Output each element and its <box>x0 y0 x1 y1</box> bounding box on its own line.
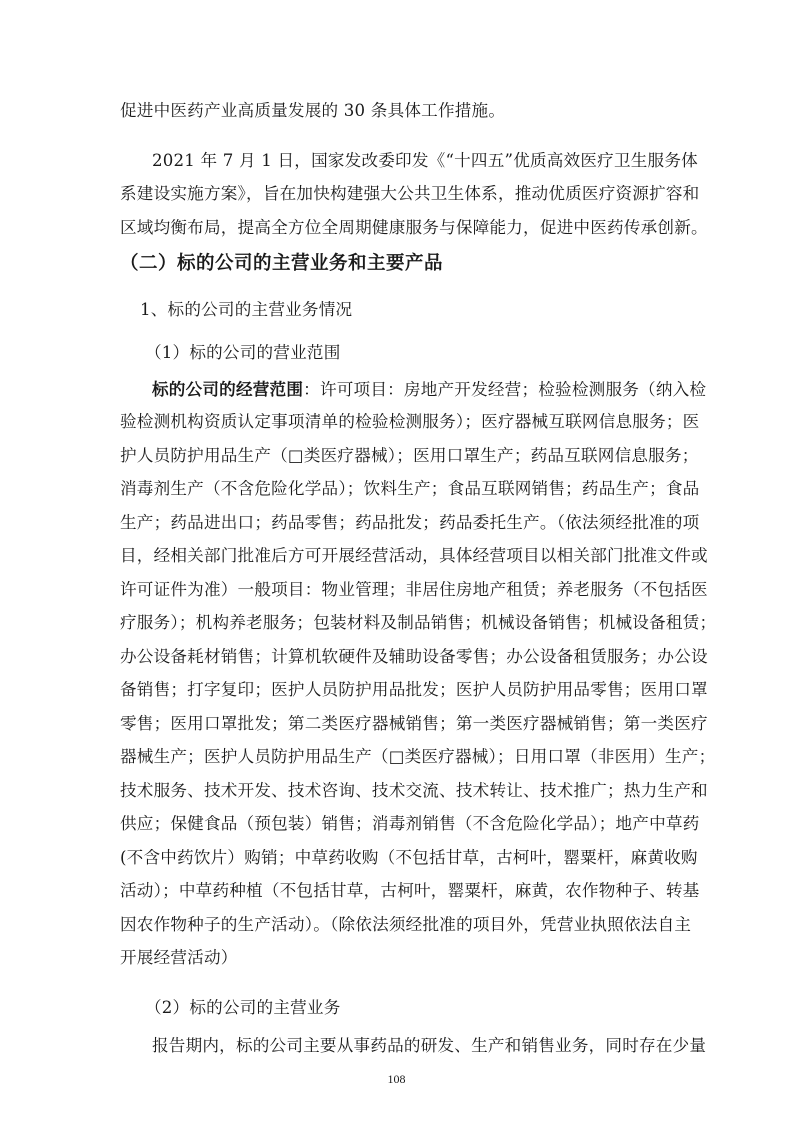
paragraph-line: 报告期内，标的公司主要从事药品的研发、生产和销售业务，同时存在少量 <box>152 1036 676 1056</box>
document-page: 促进中医药产业高质量发展的 30 条具体工作措施。 2021 年 7 月 1 日… <box>0 0 793 1122</box>
paragraph-line: 办公设备耗材销售；计算机软硬件及辅助设备零售；办公设备租赁服务；办公设 <box>120 647 676 667</box>
paragraph-line: 零售；医用口罩批发；第二类医疗器械销售；第一类医疗器械销售；第一类医疗 <box>120 714 676 734</box>
paragraph-line: 备销售；打字复印；医护人员防护用品批发；医护人员防护用品零售；医用口罩 <box>120 680 676 700</box>
section-heading: （二）标的公司的主营业务和主要产品 <box>120 254 443 274</box>
paragraph-line: 疗服务）；机构养老服务；包装材料及制品销售；机械设备销售；机械设备租赁； <box>120 613 676 633</box>
paragraph-line: 区域均衡布局，提高全方位全周期健康服务与保障能力，促进中医药传承创新。 <box>120 218 676 238</box>
subsubsection-heading: （1）标的公司的营业范围 <box>145 343 341 363</box>
subsubsection-heading: （2）标的公司的主营业务 <box>145 998 341 1018</box>
scope-lead: 标的公司的经营范围 <box>152 379 303 399</box>
subsection-heading: 1、标的公司的主营业务情况 <box>140 300 352 320</box>
paragraph-line: 系建设实施方案》，旨在加快构建强大公共卫生体系，推动优质医疗资源扩容和 <box>120 184 676 204</box>
paragraph-line: (不含中药饮片）购销；中草药收购（不包括甘草，古柯叶，罂粟杆，麻黄收购 <box>120 848 676 868</box>
paragraph-line: 生产；药品进出口；药品零售；药品批发；药品委托生产。（依法须经批准的项 <box>120 513 676 533</box>
paragraph-line: 标的公司的经营范围：许可项目：房地产开发经营；检验检测服务（纳入检 <box>152 379 676 400</box>
page-number: 108 <box>0 1072 793 1087</box>
paragraph-line: 因农作物种子的生产活动）。（除依法须经批准的项目外，凭营业执照依法自主 <box>120 915 676 935</box>
paragraph-line: 许可证件为准）一般项目：物业管理；非居住房地产租赁；养老服务（不包括医 <box>120 580 676 600</box>
paragraph-line: 消毒剂生产（不含危险化学品）；饮料生产；食品互联网销售；药品生产；食品 <box>120 479 676 499</box>
paragraph-line: 供应；保健食品（预包装）销售；消毒剂销售（不含危险化学品）；地产中草药 <box>120 814 676 834</box>
paragraph-line: 开展经营活动） <box>120 948 676 968</box>
paragraph-line: 目，经相关部门批准后方可开展经营活动，具体经营项目以相关部门批准文件或 <box>120 546 676 566</box>
paragraph-line: 护人员防护用品生产（□类医疗器械）；医用口罩生产；药品互联网信息服务； <box>120 446 676 466</box>
scope-first-line: ：许可项目：房地产开发经营；检验检测服务（纳入检 <box>303 380 706 399</box>
paragraph-line: 验检测机构资质认定事项清单的检验检测服务）；医疗器械互联网信息服务；医 <box>120 412 676 432</box>
paragraph-line: 2021 年 7 月 1 日，国家发改委印发《“十四五”优质高效医疗卫生服务体 <box>152 151 676 171</box>
paragraph-line: 活动）；中草药种植（不包括甘草，古柯叶，罂粟杆，麻黄，农作物种子、转基 <box>120 881 676 901</box>
paragraph-line: 技术服务、技术开发、技术咨询、技术交流、技术转让、技术推广；热力生产和 <box>120 781 676 801</box>
paragraph-line: 促进中医药产业高质量发展的 30 条具体工作措施。 <box>120 101 676 121</box>
paragraph-line: 器械生产；医护人员防护用品生产（□类医疗器械）；日用口罩（非医用）生产； <box>120 747 676 767</box>
